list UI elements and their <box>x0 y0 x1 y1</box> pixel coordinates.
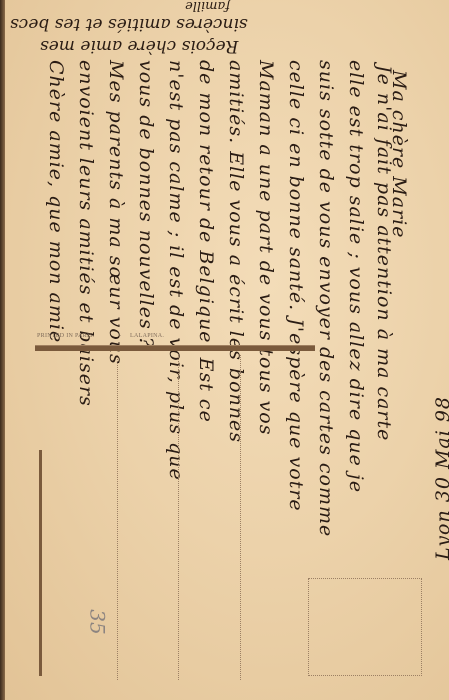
handwriting-column-7: de mon retour de Belgique. Est ce <box>195 60 217 423</box>
pencil-mark: 35 <box>86 609 110 634</box>
handwriting-column-10: Mes parents à ma sœur vous <box>105 60 127 365</box>
handwriting-column-1: Je n'ai fait pas attention à ma carte <box>373 65 395 441</box>
handwriting-column-11: envoient leurs amitiés et baisers <box>75 60 97 407</box>
printed-in-paris-label: PRINTED IN PARIS. <box>37 333 95 339</box>
handwriting-top-line-3: Reçois chère amie mes <box>40 36 238 56</box>
handwriting-column-8: n'est pas calme ; il est de voir, plus q… <box>165 60 187 481</box>
stamp-box <box>308 578 422 676</box>
address-line-1 <box>117 355 118 680</box>
handwriting-column-9: vous de bonnes nouvelles ? <box>135 60 157 348</box>
card-edge-shadow <box>0 0 5 700</box>
handwriting-column-2: elle est trop salie ; vous allez dire qu… <box>345 60 367 493</box>
horizontal-divider-rule <box>35 345 315 351</box>
handwriting-column-12: Chère amie, que mon amie <box>45 60 67 343</box>
handwriting-column-3: suis sotte de vous envoyer des cartes co… <box>315 60 337 537</box>
handwriting-column-5: Maman a une part de vous tous vos <box>255 60 277 435</box>
publisher-label: LALAPINA. <box>130 333 164 339</box>
address-line-2 <box>178 355 179 680</box>
printed-separator: - <box>119 333 121 339</box>
handwriting-column-4: celle ci en bonne santé. J'espère que vo… <box>285 60 307 512</box>
handwriting-top-line-2: sincères amitiés et tes becs <box>10 14 248 34</box>
postcard-back: famille sincères amitiés et tes becs Reç… <box>0 0 449 700</box>
vertical-divider-rule <box>39 450 42 676</box>
handwriting-header-date: Lyon 30 Mai 98 <box>432 396 449 560</box>
address-line-3 <box>240 355 241 680</box>
handwriting-column-6: amitiés. Elle vous a écrit les bonnes <box>225 60 247 443</box>
handwriting-top-line-1: famille <box>185 0 230 13</box>
